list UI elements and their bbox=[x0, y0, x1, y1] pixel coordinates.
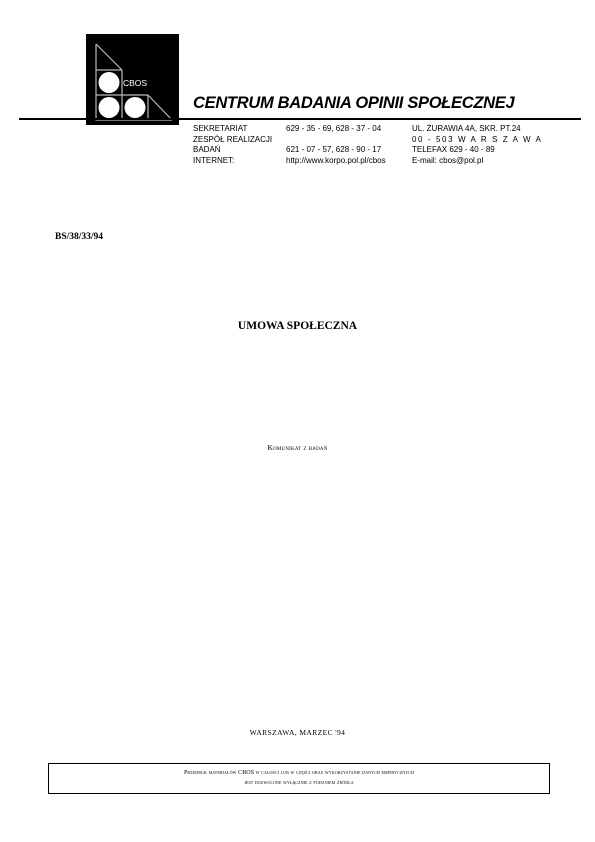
document-reference: BS/38/33/94 bbox=[55, 232, 103, 242]
copyright-notice: Przedruk materiałów CBOS w całości lub w… bbox=[48, 763, 550, 794]
website-link[interactable]: http://www.korpo.pol.pl/cbos bbox=[286, 156, 386, 167]
contact-phones: 629 - 35 - 69, 628 - 37 - 04 621 - 07 - … bbox=[286, 124, 386, 166]
cbos-logo-icon: CBOS bbox=[86, 34, 179, 125]
label-sekretariat: SEKRETARIAT bbox=[193, 124, 272, 135]
document-title: UMOWA SPOŁECZNA bbox=[0, 320, 595, 332]
cbos-logo: CBOS bbox=[86, 34, 179, 125]
telefax: TELEFAX 629 - 40 - 89 bbox=[412, 145, 542, 156]
phone-realizacja: 621 - 07 - 57, 628 - 90 - 17 bbox=[286, 145, 386, 156]
document-subtitle: Komunikat z badań bbox=[0, 443, 595, 452]
place-date: WARSZAWA, MARZEC '94 bbox=[0, 728, 595, 737]
contact-address: UL. ŻURAWIA 4A, SKR. PT.24 00 - 503 W A … bbox=[412, 124, 542, 166]
phone-empty bbox=[286, 135, 386, 146]
organization-name: CENTRUM BADANIA OPINII SPOŁECZNEJ bbox=[193, 94, 514, 113]
street-address: UL. ŻURAWIA 4A, SKR. PT.24 bbox=[412, 124, 542, 135]
copyright-line-1: Przedruk materiałów CBOS w całości lub w… bbox=[49, 770, 549, 776]
label-zespol: ZESPÓŁ REALIZACJI bbox=[193, 135, 272, 146]
copyright-line-2: jest dozwolone wyłącznie z podaniem źród… bbox=[49, 780, 549, 786]
email-link[interactable]: E-mail: cbos@pol.pl bbox=[412, 156, 542, 167]
header-divider bbox=[19, 118, 581, 120]
logo-text: CBOS bbox=[123, 78, 147, 88]
postal-city: 00 - 503 W A R S Z A W A bbox=[412, 135, 542, 146]
label-internet: INTERNET: bbox=[193, 156, 272, 167]
phone-sekretariat: 629 - 35 - 69, 628 - 37 - 04 bbox=[286, 124, 386, 135]
contact-labels: SEKRETARIAT ZESPÓŁ REALIZACJI BADAŃ INTE… bbox=[193, 124, 272, 166]
label-badan: BADAŃ bbox=[193, 145, 272, 156]
